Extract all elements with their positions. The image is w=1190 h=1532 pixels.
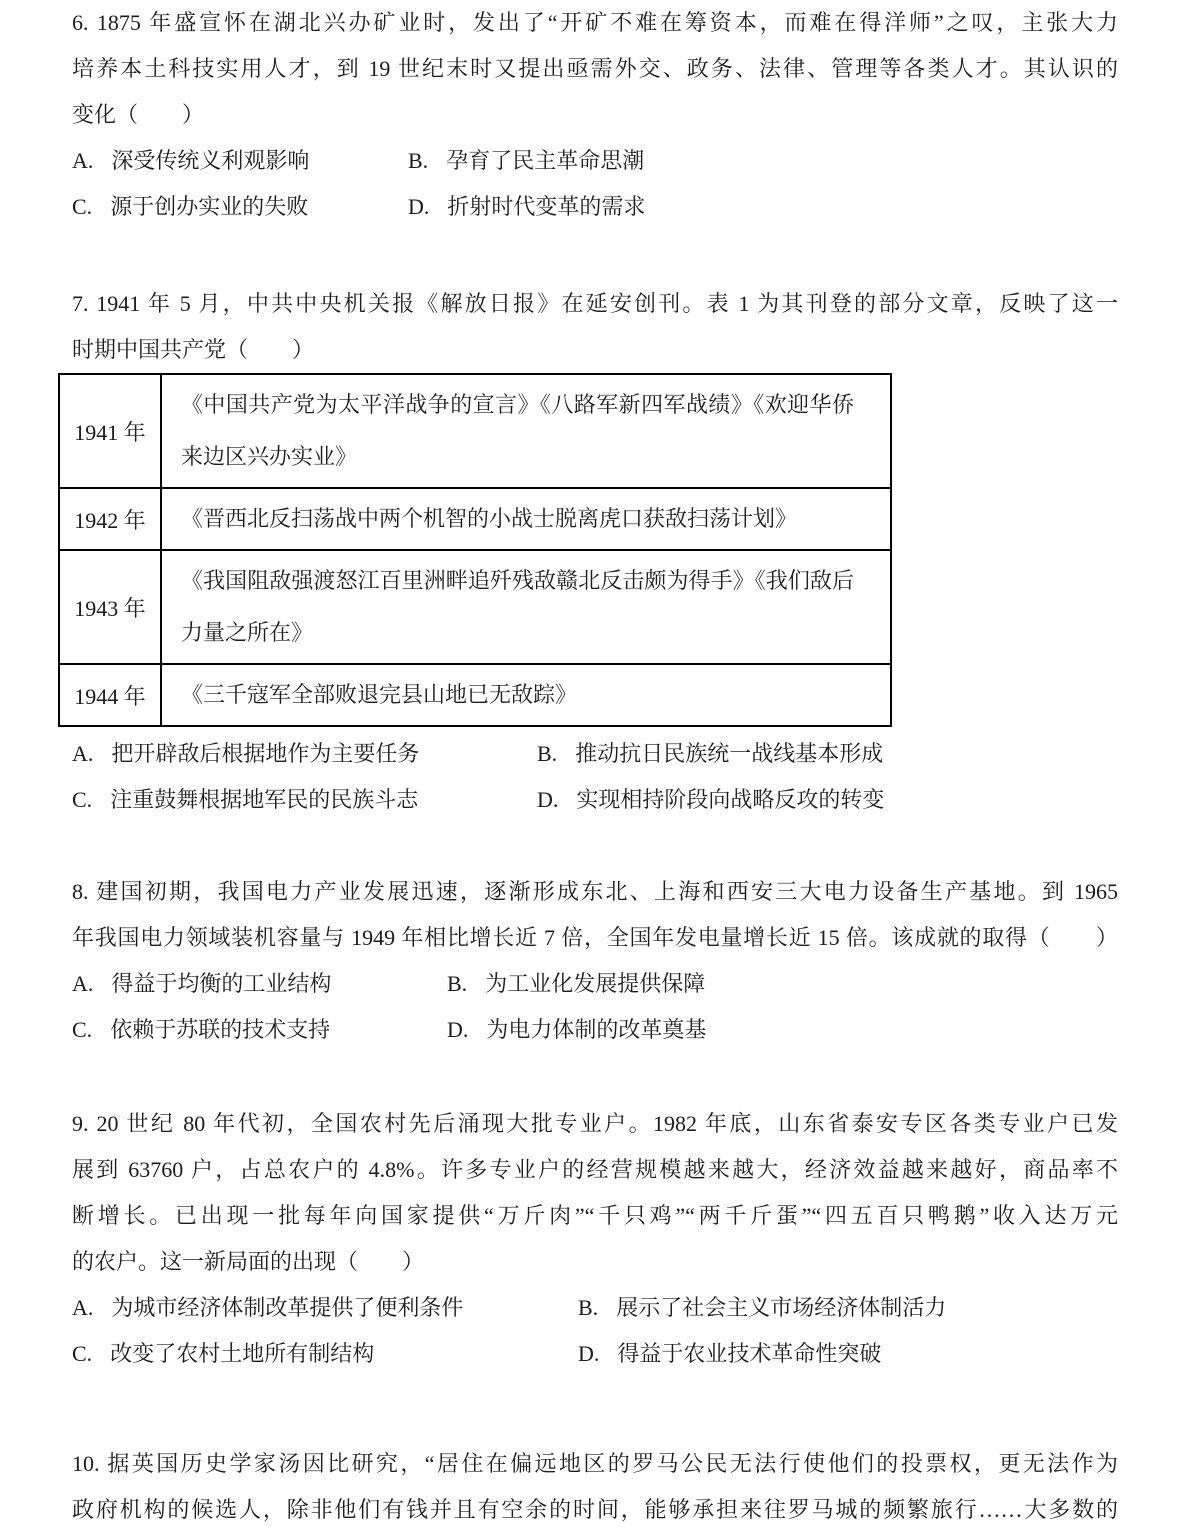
option-6d-label: D. xyxy=(408,184,429,230)
option-9b-text: 展示了社会主义市场经济体制活力 xyxy=(616,1295,946,1320)
option-7a-text: 把开辟敌后根据地作为主要任务 xyxy=(111,741,419,766)
option-6c-label: C. xyxy=(72,184,92,230)
articles-table: 1941 年 《中国共产党为太平洋战争的宣言》《八路军新四军战绩》《欢迎华侨来边… xyxy=(58,373,892,727)
articles-cell-1944: 《三千寇军全部败退完县山地已无敌踪》 xyxy=(161,664,891,726)
option-8a-text: 得益于均衡的工业结构 xyxy=(111,971,331,996)
exam-page: 6. 1875 年盛宣怀在湖北兴办矿业时，发出了“开矿不难在筹资本，而难在得洋师… xyxy=(0,0,1190,1532)
option-9c-text: 改变了农村土地所有制结构 xyxy=(110,1341,374,1366)
question-7-stem-line-2: 时期中国共产党（ ） xyxy=(72,327,1118,373)
question-8: 8. 建国初期，我国电力产业发展迅速，逐渐形成东北、上海和西安三大电力设备生产基… xyxy=(72,869,1118,1053)
question-7-options-ab: A.把开辟敌后根据地作为主要任务 B.推动抗日民族统一战线基本形成 xyxy=(72,731,1118,777)
articles-cell-1942: 《晋西北反扫荡战中两个机智的小战士脱离虎口获敌扫荡计划》 xyxy=(161,488,891,550)
option-6a-text: 深受传统义利观影响 xyxy=(111,148,309,173)
year-cell-1942: 1942 年 xyxy=(59,488,161,550)
option-8b-text: 为工业化发展提供保障 xyxy=(485,971,705,996)
option-9a: A.为城市经济体制改革提供了便利条件 xyxy=(72,1285,578,1331)
question-6-stem-line-2: 培养本土科技实用人才，到 19 世纪末时又提出亟需外交、政务、法律、管理等各类人… xyxy=(72,46,1118,92)
year-cell-1943: 1943 年 xyxy=(59,550,161,664)
articles-cell-1943: 《我国阻敌强渡怒江百里洲畔追歼残敌赣北反击颇为得手》《我们敌后力量之所在》 xyxy=(161,550,891,664)
option-6b: B.孕育了民主革命思潮 xyxy=(408,138,644,184)
question-10-stem-line-2: 政府机构的候选人，除非他们有钱并且有空余的时间，能够承担来往罗马城的频繁旅行……… xyxy=(72,1487,1118,1532)
question-6: 6. 1875 年盛宣怀在湖北兴办矿业时，发出了“开矿不难在筹资本，而难在得洋师… xyxy=(72,0,1118,230)
question-6-options-cd: C.源于创办实业的失败 D.折射时代变革的需求 xyxy=(72,184,1118,230)
option-9d: D.得益于农业技术革命性突破 xyxy=(578,1331,881,1377)
option-9d-text: 得益于农业技术革命性突破 xyxy=(617,1341,881,1366)
year-cell-1941: 1941 年 xyxy=(59,374,161,488)
option-7d: D.实现相持阶段向战略反攻的转变 xyxy=(537,777,884,823)
question-9-options-cd: C.改变了农村土地所有制结构 D.得益于农业技术革命性突破 xyxy=(72,1331,1118,1377)
question-6-stem-line-1: 6. 1875 年盛宣怀在湖北兴办矿业时，发出了“开矿不难在筹资本，而难在得洋师… xyxy=(72,0,1118,46)
question-7-stem-line-1: 7. 1941 年 5 月，中共中央机关报《解放日报》在延安创刊。表 1 为其刊… xyxy=(72,281,1118,327)
option-6c-text: 源于创办实业的失败 xyxy=(110,194,308,219)
option-8b: B.为工业化发展提供保障 xyxy=(447,961,705,1007)
option-7b: B.推动抗日民族统一战线基本形成 xyxy=(537,731,883,777)
table-row-1943: 1943 年 《我国阻敌强渡怒江百里洲畔追歼残敌赣北反击颇为得手》《我们敌后力量… xyxy=(59,550,891,664)
option-8b-label: B. xyxy=(447,961,467,1007)
question-9-stem-line-3: 断增长。已出现一批每年向国家提供“万斤肉”“千只鸡”“两千斤蛋”“四五百只鸭鹅”… xyxy=(72,1193,1118,1239)
option-9a-text: 为城市经济体制改革提供了便利条件 xyxy=(111,1295,463,1320)
question-7-options-cd: C.注重鼓舞根据地军民的民族斗志 D.实现相持阶段向战略反攻的转变 xyxy=(72,777,1118,823)
option-7c-text: 注重鼓舞根据地军民的民族斗志 xyxy=(110,787,418,812)
question-10: 10. 据英国历史学家汤因比研究，“居住在偏远地区的罗马公民无法行使他们的投票权… xyxy=(72,1441,1118,1532)
option-7c-label: C. xyxy=(72,777,92,823)
question-8-options-cd: C.依赖于苏联的技术支持 D.为电力体制的改革奠基 xyxy=(72,1007,1118,1053)
question-9-stem-line-2: 展到 63760 户，占总农户的 4.8%。许多专业户的经营规模越来越大，经济效… xyxy=(72,1147,1118,1193)
question-9: 9. 20 世纪 80 年代初，全国农村先后涌现大批专业户。1982 年底，山东… xyxy=(72,1101,1118,1377)
question-8-stem-line-2: 年我国电力领域装机容量与 1949 年相比增长近 7 倍，全国年发电量增长近 1… xyxy=(72,915,1118,961)
option-8a: A.得益于均衡的工业结构 xyxy=(72,961,447,1007)
question-9-stem-line-1: 9. 20 世纪 80 年代初，全国农村先后涌现大批专业户。1982 年底，山东… xyxy=(72,1101,1118,1147)
option-9b: B.展示了社会主义市场经济体制活力 xyxy=(578,1285,946,1331)
option-6b-label: B. xyxy=(408,138,428,184)
table-row-1941: 1941 年 《中国共产党为太平洋战争的宣言》《八路军新四军战绩》《欢迎华侨来边… xyxy=(59,374,891,488)
option-8c: C.依赖于苏联的技术支持 xyxy=(72,1007,447,1053)
option-6d-text: 折射时代变革的需求 xyxy=(447,194,645,219)
table-row-1942: 1942 年 《晋西北反扫荡战中两个机智的小战士脱离虎口获敌扫荡计划》 xyxy=(59,488,891,550)
option-7a: A.把开辟敌后根据地作为主要任务 xyxy=(72,731,537,777)
option-7a-label: A. xyxy=(72,731,93,777)
option-9a-label: A. xyxy=(72,1285,93,1331)
question-6-stem-line-3: 变化（ ） xyxy=(72,92,1118,138)
year-cell-1944: 1944 年 xyxy=(59,664,161,726)
option-8d-text: 为电力体制的改革奠基 xyxy=(486,1017,706,1042)
option-6a: A.深受传统义利观影响 xyxy=(72,138,408,184)
option-6b-text: 孕育了民主革命思潮 xyxy=(446,148,644,173)
question-10-stem-line-1: 10. 据英国历史学家汤因比研究，“居住在偏远地区的罗马公民无法行使他们的投票权… xyxy=(72,1441,1118,1487)
question-9-options-ab: A.为城市经济体制改革提供了便利条件 B.展示了社会主义市场经济体制活力 xyxy=(72,1285,1118,1331)
option-6d: D.折射时代变革的需求 xyxy=(408,184,645,230)
question-7: 7. 1941 年 5 月，中共中央机关报《解放日报》在延安创刊。表 1 为其刊… xyxy=(72,281,1118,823)
option-7d-label: D. xyxy=(537,777,558,823)
option-7b-text: 推动抗日民族统一战线基本形成 xyxy=(575,741,883,766)
option-8a-label: A. xyxy=(72,961,93,1007)
question-9-stem-line-4: 的农户。这一新局面的出现（ ） xyxy=(72,1239,1118,1285)
option-7c: C.注重鼓舞根据地军民的民族斗志 xyxy=(72,777,537,823)
option-9c-label: C. xyxy=(72,1331,92,1377)
table-row-1944: 1944 年 《三千寇军全部败退完县山地已无敌踪》 xyxy=(59,664,891,726)
question-6-options-ab: A.深受传统义利观影响 B.孕育了民主革命思潮 xyxy=(72,138,1118,184)
option-9d-label: D. xyxy=(578,1331,599,1377)
option-8d-label: D. xyxy=(447,1007,468,1053)
option-9b-label: B. xyxy=(578,1285,598,1331)
articles-cell-1941: 《中国共产党为太平洋战争的宣言》《八路军新四军战绩》《欢迎华侨来边区兴办实业》 xyxy=(161,374,891,488)
question-8-stem-line-1: 8. 建国初期，我国电力产业发展迅速，逐渐形成东北、上海和西安三大电力设备生产基… xyxy=(72,869,1118,915)
option-6a-label: A. xyxy=(72,138,93,184)
question-8-options-ab: A.得益于均衡的工业结构 B.为工业化发展提供保障 xyxy=(72,961,1118,1007)
option-9c: C.改变了农村土地所有制结构 xyxy=(72,1331,578,1377)
option-8c-text: 依赖于苏联的技术支持 xyxy=(110,1017,330,1042)
option-8c-label: C. xyxy=(72,1007,92,1053)
option-8d: D.为电力体制的改革奠基 xyxy=(447,1007,706,1053)
option-7b-label: B. xyxy=(537,731,557,777)
option-6c: C.源于创办实业的失败 xyxy=(72,184,408,230)
option-7d-text: 实现相持阶段向战略反攻的转变 xyxy=(576,787,884,812)
